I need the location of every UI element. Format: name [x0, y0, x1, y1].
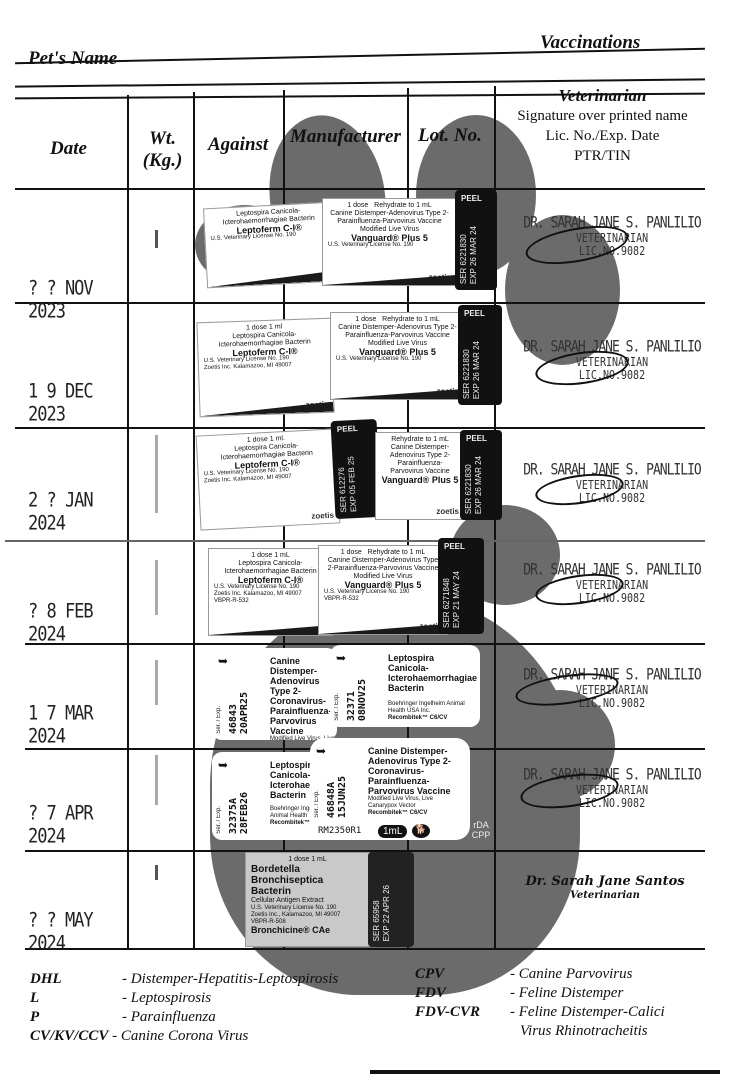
- ser-exp-tab: SER 65958EXP 22 APR 26: [368, 852, 414, 947]
- lot-exp: 3237108NOV25: [346, 679, 368, 721]
- peel-arrow-icon: ➥: [218, 758, 228, 772]
- label-name: Canine Distemper-Adenovirus Type 2-Parai…: [381, 444, 459, 476]
- col-divider-wt: [193, 92, 195, 950]
- legend-item: Virus Rhinotracheitis: [415, 1022, 665, 1041]
- label-vbpr: VBPR-R-532: [324, 596, 442, 603]
- vaccine-label-vanguard: 1 dose Rehydrate to 1 mL Canine Distempe…: [330, 312, 465, 400]
- header-date: Date: [50, 138, 87, 160]
- label-license: U.S. Veterinary License No. 190: [324, 589, 442, 596]
- label-stripe: [200, 402, 333, 417]
- label-license: U.S. Veterinary License No. 190: [328, 242, 451, 249]
- ser-exp-label: Ser. / Exp.: [334, 693, 340, 721]
- peel-tab: PEEL SER 612276EXP 05 FEB 25: [330, 419, 381, 519]
- row-date: ? ? NOV 2023: [28, 277, 128, 323]
- header-manufacturer: Manufacturer: [290, 126, 401, 148]
- vaccine-label-vanguard: 1 dose Rehydrate to 1 mL Canine Distempe…: [322, 198, 457, 286]
- label-product: Leptoferm C-I®: [214, 576, 327, 584]
- legend-item: CV/KV/CCV - Canine Corona Virus: [30, 1027, 338, 1046]
- row-date: ? ? MAY 2024: [28, 909, 128, 955]
- label-dose: 1 dose Rehydrate to 1 mL: [336, 316, 459, 324]
- legend-item: DHL- Distemper-Hepatitis-Leptospirosis: [30, 970, 338, 989]
- row-rule: [15, 188, 705, 190]
- label-company: Zoetis Inc., Kalamazoo, MI 49007: [251, 912, 364, 919]
- label-product: Vanguard® Plus 5: [381, 476, 459, 484]
- peel-tab: PEEL SER 6271848EXP 21 MAY 24: [438, 538, 484, 634]
- row-date: 1 7 MAR 2024: [28, 702, 128, 748]
- label-stripe: [208, 271, 336, 288]
- ser-exp: SER 6271848EXP 21 MAY 24: [442, 571, 462, 628]
- vaccine-label-recombitek: ➥ Ser. / Exp. 3237108NOV25 Leptospira Ca…: [330, 645, 480, 727]
- header-weight-unit: (Kg.): [135, 150, 190, 172]
- label-name: Canine Distemper-Adenovirus Type 2-Parai…: [336, 324, 459, 340]
- page-bottom-edge: [370, 1070, 720, 1074]
- vet-title: Veterinarian: [520, 889, 690, 903]
- label-rehydrate: Rehydrate to 1 mL: [381, 436, 459, 444]
- peel-label: PEEL: [466, 434, 487, 443]
- legend-item: L- Leptospirosis: [30, 989, 338, 1008]
- row-date: ? 8 FEB 2024: [28, 600, 128, 646]
- label-brand: zoetis: [311, 512, 334, 521]
- legend-right: CPV- Canine Parvovirus FDV- Feline Diste…: [415, 965, 665, 1041]
- weight-mark: [155, 560, 158, 615]
- label-license: U.S. Veterinary License No. 190: [214, 584, 327, 591]
- vaccine-label-leptoferm: 1 dose 1 mL Leptospira Canicola-Icteroha…: [208, 548, 333, 636]
- label-stripe: [209, 625, 332, 635]
- header-veterinarian-title: Veterinarian: [500, 86, 705, 106]
- weight-mark: [155, 755, 158, 805]
- label-product: Vanguard® Plus 5: [336, 348, 459, 356]
- weight-mark: [155, 660, 158, 705]
- header-lot-no: Lot. No.: [418, 125, 482, 147]
- label-dose: 1 dose Rehydrate to 1 mL: [328, 202, 451, 210]
- label-code: RM2350R1: [318, 826, 361, 836]
- ser-exp: SER 6221830EXP 26 MAR 24: [459, 226, 479, 284]
- ser-exp: SER 6221830EXP 26 MAR 24: [462, 341, 482, 399]
- peel-tab: PEEL SER 6221830EXP 26 MAR 24: [460, 430, 502, 520]
- label-vbpr: VBPR-R-532: [214, 598, 327, 605]
- vaccine-label-vanguard: 1 dose Rehydrate to 1 mL Canine Distempe…: [318, 545, 448, 635]
- legend-item: CPV- Canine Parvovirus: [415, 965, 665, 984]
- peel-tab: PEEL SER 6221830EXP 26 MAR 24: [458, 305, 502, 405]
- weight-mark: [155, 865, 158, 880]
- row-date: ? 7 APR 2024: [28, 802, 128, 848]
- ser-exp-label: Ser. / Exp.: [216, 706, 222, 734]
- header-weight-label: Wt.: [135, 128, 190, 150]
- legend-item: P- Parainfluenza: [30, 1008, 338, 1027]
- header-weight: Wt. (Kg.): [135, 128, 190, 172]
- label-brand: zoetis: [436, 508, 459, 516]
- peel-arrow-icon: ➥: [336, 651, 346, 665]
- peel-label: PEEL: [464, 309, 485, 318]
- label-name: Canine Distemper-Adenovirus Type 2-Parai…: [328, 210, 451, 226]
- ser-exp: SER 65958EXP 22 APR 26: [372, 885, 392, 941]
- header-against: Against: [208, 134, 268, 156]
- label-name: Bordetella Bronchiseptica Bacterin: [251, 864, 364, 897]
- label-sub: Cellular Antigen Extract: [251, 897, 364, 905]
- row-date: 2 ? JAN 2024: [28, 489, 128, 535]
- label-name: Canine Distemper-Adenovirus Type 2-Coron…: [368, 746, 463, 817]
- label-company: Zoetis Inc. Kalamazoo, MI 49007: [214, 591, 327, 598]
- peel-label: PEEL: [444, 542, 465, 551]
- ser-exp-label: Ser. / Exp.: [314, 790, 320, 818]
- label-name: Leptospira Canicola-Icterohaemorrhagiae …: [214, 560, 327, 576]
- pets-name-label: Pet's Name: [28, 48, 117, 70]
- label-name: Leptospira Canicola-Icterohaemorrhagiae …: [388, 653, 476, 722]
- lot-exp: 32375A28FEB26: [228, 792, 250, 834]
- peel-arrow-icon: ➥: [218, 654, 228, 668]
- vet-name: Dr. Sarah Jane Santos: [520, 875, 690, 889]
- label-volume: 1mL: [378, 825, 407, 838]
- header-veterinarian-line2: Lic. No./Exp. Date: [500, 126, 705, 146]
- header-veterinarian-line1: Signature over printed name: [500, 106, 705, 126]
- label-product: Bronchicine® CAe: [251, 926, 364, 934]
- peel-arrow-icon: ➥: [316, 744, 326, 758]
- lot-exp: 46848A15JUN25: [326, 776, 348, 818]
- ser-exp: SER 6221830EXP 26 MAR 24: [464, 456, 484, 514]
- ser-exp-label: Ser. / Exp.: [216, 806, 222, 834]
- label-dose: 1 dose 1 mL: [214, 552, 327, 560]
- label-product: Vanguard® Plus 5: [328, 234, 451, 242]
- header-veterinarian-line3: PTR/TIN: [500, 146, 705, 166]
- label-license: U.S. Veterinary License No. 190: [251, 905, 364, 912]
- label-product: Vanguard® Plus 5: [324, 581, 442, 589]
- label-dose: 1 dose 1 mL: [251, 856, 364, 864]
- row-rule: [5, 540, 705, 542]
- vaccine-label-leptoferm: 1 dose 1 ml. Leptospira Canicola-Icteroh…: [196, 428, 341, 530]
- section-title: Vaccinations: [540, 32, 640, 54]
- label-name: Canine Distemper-Adenovirus Type 2-Coron…: [270, 656, 337, 740]
- label-license: U.S. Veterinary License No. 190: [336, 356, 459, 363]
- weight-mark: [155, 435, 158, 513]
- vaccine-label-leptoferm: 1 dose 1 ml Leptospira Canicola-Icteroha…: [196, 318, 334, 418]
- weight-mark: [155, 230, 158, 248]
- label-name: Canine Distemper-Adenovirus Type 2-Parai…: [324, 557, 442, 573]
- vet-handwritten-signature: Dr. Sarah Jane Santos Veterinarian: [520, 875, 690, 903]
- ser-exp: SER 612276EXP 05 FEB 25: [336, 456, 359, 513]
- peel-label: PEEL: [461, 194, 482, 203]
- legend-left: DHL- Distemper-Hepatitis-Leptospirosis L…: [30, 970, 338, 1046]
- vaccine-label-bronchicine: 1 dose 1 mL Bordetella Bronchiseptica Ba…: [245, 852, 370, 947]
- legend-item: FDV-CVR- Feline Distemper-Calici: [415, 1003, 665, 1022]
- header-veterinarian: Veterinarian Signature over printed name…: [500, 86, 705, 166]
- vaccine-label-recombitek: ➥ Ser. / Exp. 46848A15JUN25 Canine Diste…: [310, 738, 470, 840]
- label-badge: rDA CPP: [466, 820, 496, 840]
- row-date: 1 9 DEC 2023: [28, 380, 128, 426]
- vaccine-label-vanguard: Rehydrate to 1 mL Canine Distemper-Adeno…: [375, 432, 465, 520]
- label-dose: 1 dose Rehydrate to 1 mL: [324, 549, 442, 557]
- vaccine-label-recombitek: ➥ Ser. / Exp. 4684320APR25 Canine Distem…: [212, 648, 337, 740]
- peel-label: PEEL: [337, 424, 358, 434]
- legend-item: FDV- Feline Distemper: [415, 984, 665, 1003]
- peel-tab: PEEL SER 6221830EXP 26 MAR 24: [455, 190, 497, 290]
- vaccine-label-leptoferm: Leptospira Canicola-Icterohaemorrhagiae …: [203, 202, 337, 289]
- dog-icon: 🐕: [412, 824, 430, 838]
- lot-exp: 4684320APR25: [228, 692, 250, 734]
